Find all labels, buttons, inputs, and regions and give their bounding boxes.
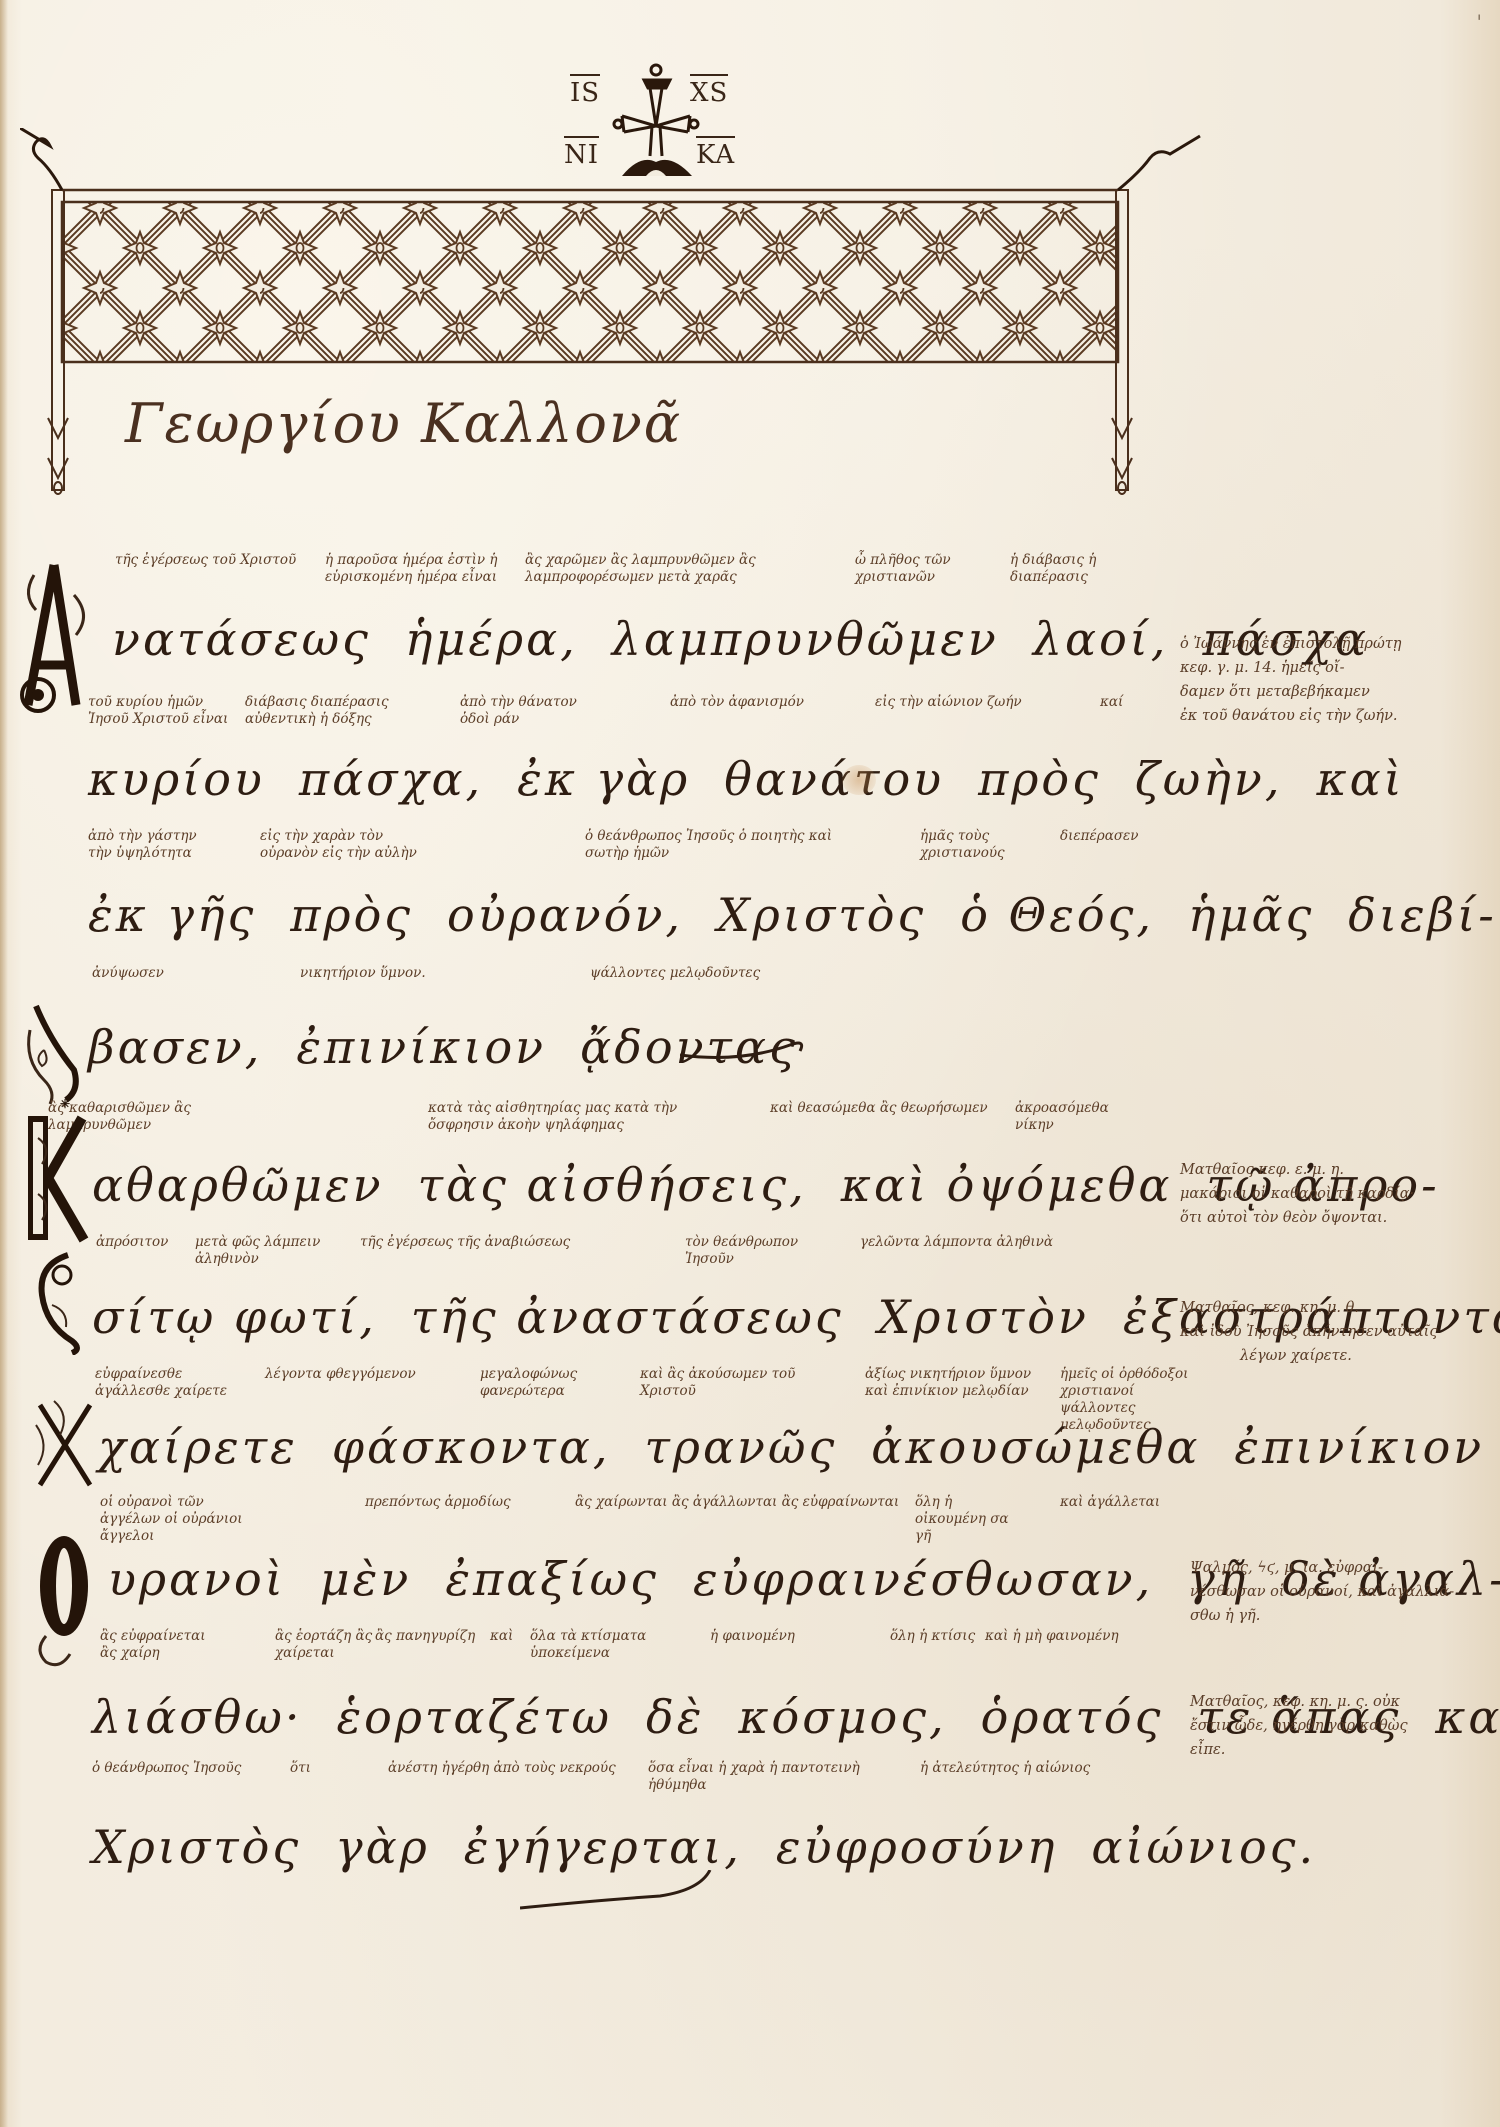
gloss-line-8: οἱ οὐρανοὶ τῶν ἀγγέλων οἱ οὐράνιοι ἄγγελ… — [0, 1494, 1180, 1542]
line-end-flourish — [680, 1035, 810, 1065]
margin-note-matthew-28-9: Ματθαῖος, κεφ. κη. μ. θ. καὶ ἰδοὺ Ἰησοῦς… — [1180, 1296, 1480, 1368]
gloss: ἂς χαρῶμεν ἂς λαμπρυνθῶμεν ἂς λαμπροφορέ… — [525, 552, 780, 586]
margin-note-matthew-28-6: Ματθαῖος, κεφ. κη. μ. ς. οὐκ ἔστιν ὧδε, … — [1190, 1690, 1490, 1762]
decorated-initial-beta: ✳ Β — [20, 1000, 90, 1110]
gloss-line-5: ἂς καθαρισθῶμεν ἂς λαμπρυνθῶμεν κατὰ τὰς… — [0, 1100, 1150, 1148]
margin-note-john: ὁ Ἰωάννης ἐν ἐπιστολῇ πρώτῃ κεφ. γ. μ. 1… — [1180, 632, 1480, 728]
manuscript-page: ' IS XS NI KA — [0, 0, 1500, 2127]
decorated-initial-chi: Χ — [30, 1395, 100, 1495]
gloss: τῆς ἐγέρσεως τοῦ Χριστοῦ — [115, 552, 296, 569]
decorated-initial-kappa: Κ — [22, 1108, 92, 1248]
gloss-line-7: εὐφραίνεσθε ἀγάλλεσθε χαίρετε λέγοντα φθ… — [0, 1366, 1180, 1414]
title-signature: Γεωργίου Καλλονᾶ — [125, 392, 682, 455]
gloss-line-6: ἀπρόσιτον μετὰ φῶς λάμπειν ἀληθινὸν τῆς … — [0, 1234, 1150, 1282]
main-text-line-7: χαίρετεφάσκοντα,τρανῶςἀκουσώμεθαἐπινίκιο… — [98, 1420, 1500, 1474]
main-text-line-3: ἐκ γῆςπρὸςοὐρανόν,Χριστὸςὁ Θεός,ἡμᾶςδιεβ… — [88, 888, 1500, 942]
margin-note-matthew-5: Ματθαῖος κεφ. ε. μ. η. μακάριοι οἱ καθαρ… — [1180, 1158, 1480, 1230]
gloss-line-10: ὁ θεάνθρωπος Ἰησοῦς ὅτι ἀνέστη ἠγέρθη ἀπ… — [0, 1760, 1180, 1808]
gloss: ἡ διάβασις ἡ διαπέρασις — [1010, 552, 1140, 586]
folio-mark: ' — [1477, 10, 1483, 34]
main-text-line-2: κυρίουπάσχα,ἐκ γὰρθανάτουπρὸςζωὴν,καὶ — [88, 752, 1439, 806]
gloss-line-2: τοῦ κυρίου ἡμῶν Ἰησοῦ Χριστοῦ εἶναι διάβ… — [0, 694, 1150, 742]
ink-stain — [842, 765, 876, 795]
descender-flourish — [520, 1870, 720, 1910]
gloss-line-4: ἀνύψωσεν νικητήριον ὕμνον. ψάλλοντες μελ… — [0, 965, 1150, 1013]
gloss-line-9: ἂς εὐφραίνεται ἂς χαίρη ἂς ἑορτάζη ἂς χα… — [0, 1628, 1180, 1676]
main-text-line-10: Χριστὸςγὰρἐγήγερται,εὐφροσύνηαἰώνιος. — [92, 1820, 1350, 1874]
gloss: ὦ πλῆθος τῶν χριστιανῶν — [855, 552, 975, 586]
gloss-line-1: τῆς ἐγέρσεως τοῦ Χριστοῦ ἡ παροῦσα ἡμέρα… — [0, 552, 1150, 600]
decorated-initial-flourish — [28, 1245, 88, 1355]
cross-label-is: IS — [570, 78, 600, 108]
margin-note-psalm-96: Ψαλμός, ϟϛ, μ. ια. εὐφραι- νέσθωσαν οἱ ο… — [1190, 1556, 1490, 1628]
lattice-headpiece-ornament — [20, 128, 1220, 528]
gloss-line-3: ἀπὸ τὴν γάστην τὴν ὑψηλότητα εἰς τὴν χαρ… — [0, 828, 1150, 876]
gloss: ἡ παροῦσα ἡμέρα ἐστὶν ἡ εὑρισκομένη ἡμέρ… — [325, 552, 515, 586]
